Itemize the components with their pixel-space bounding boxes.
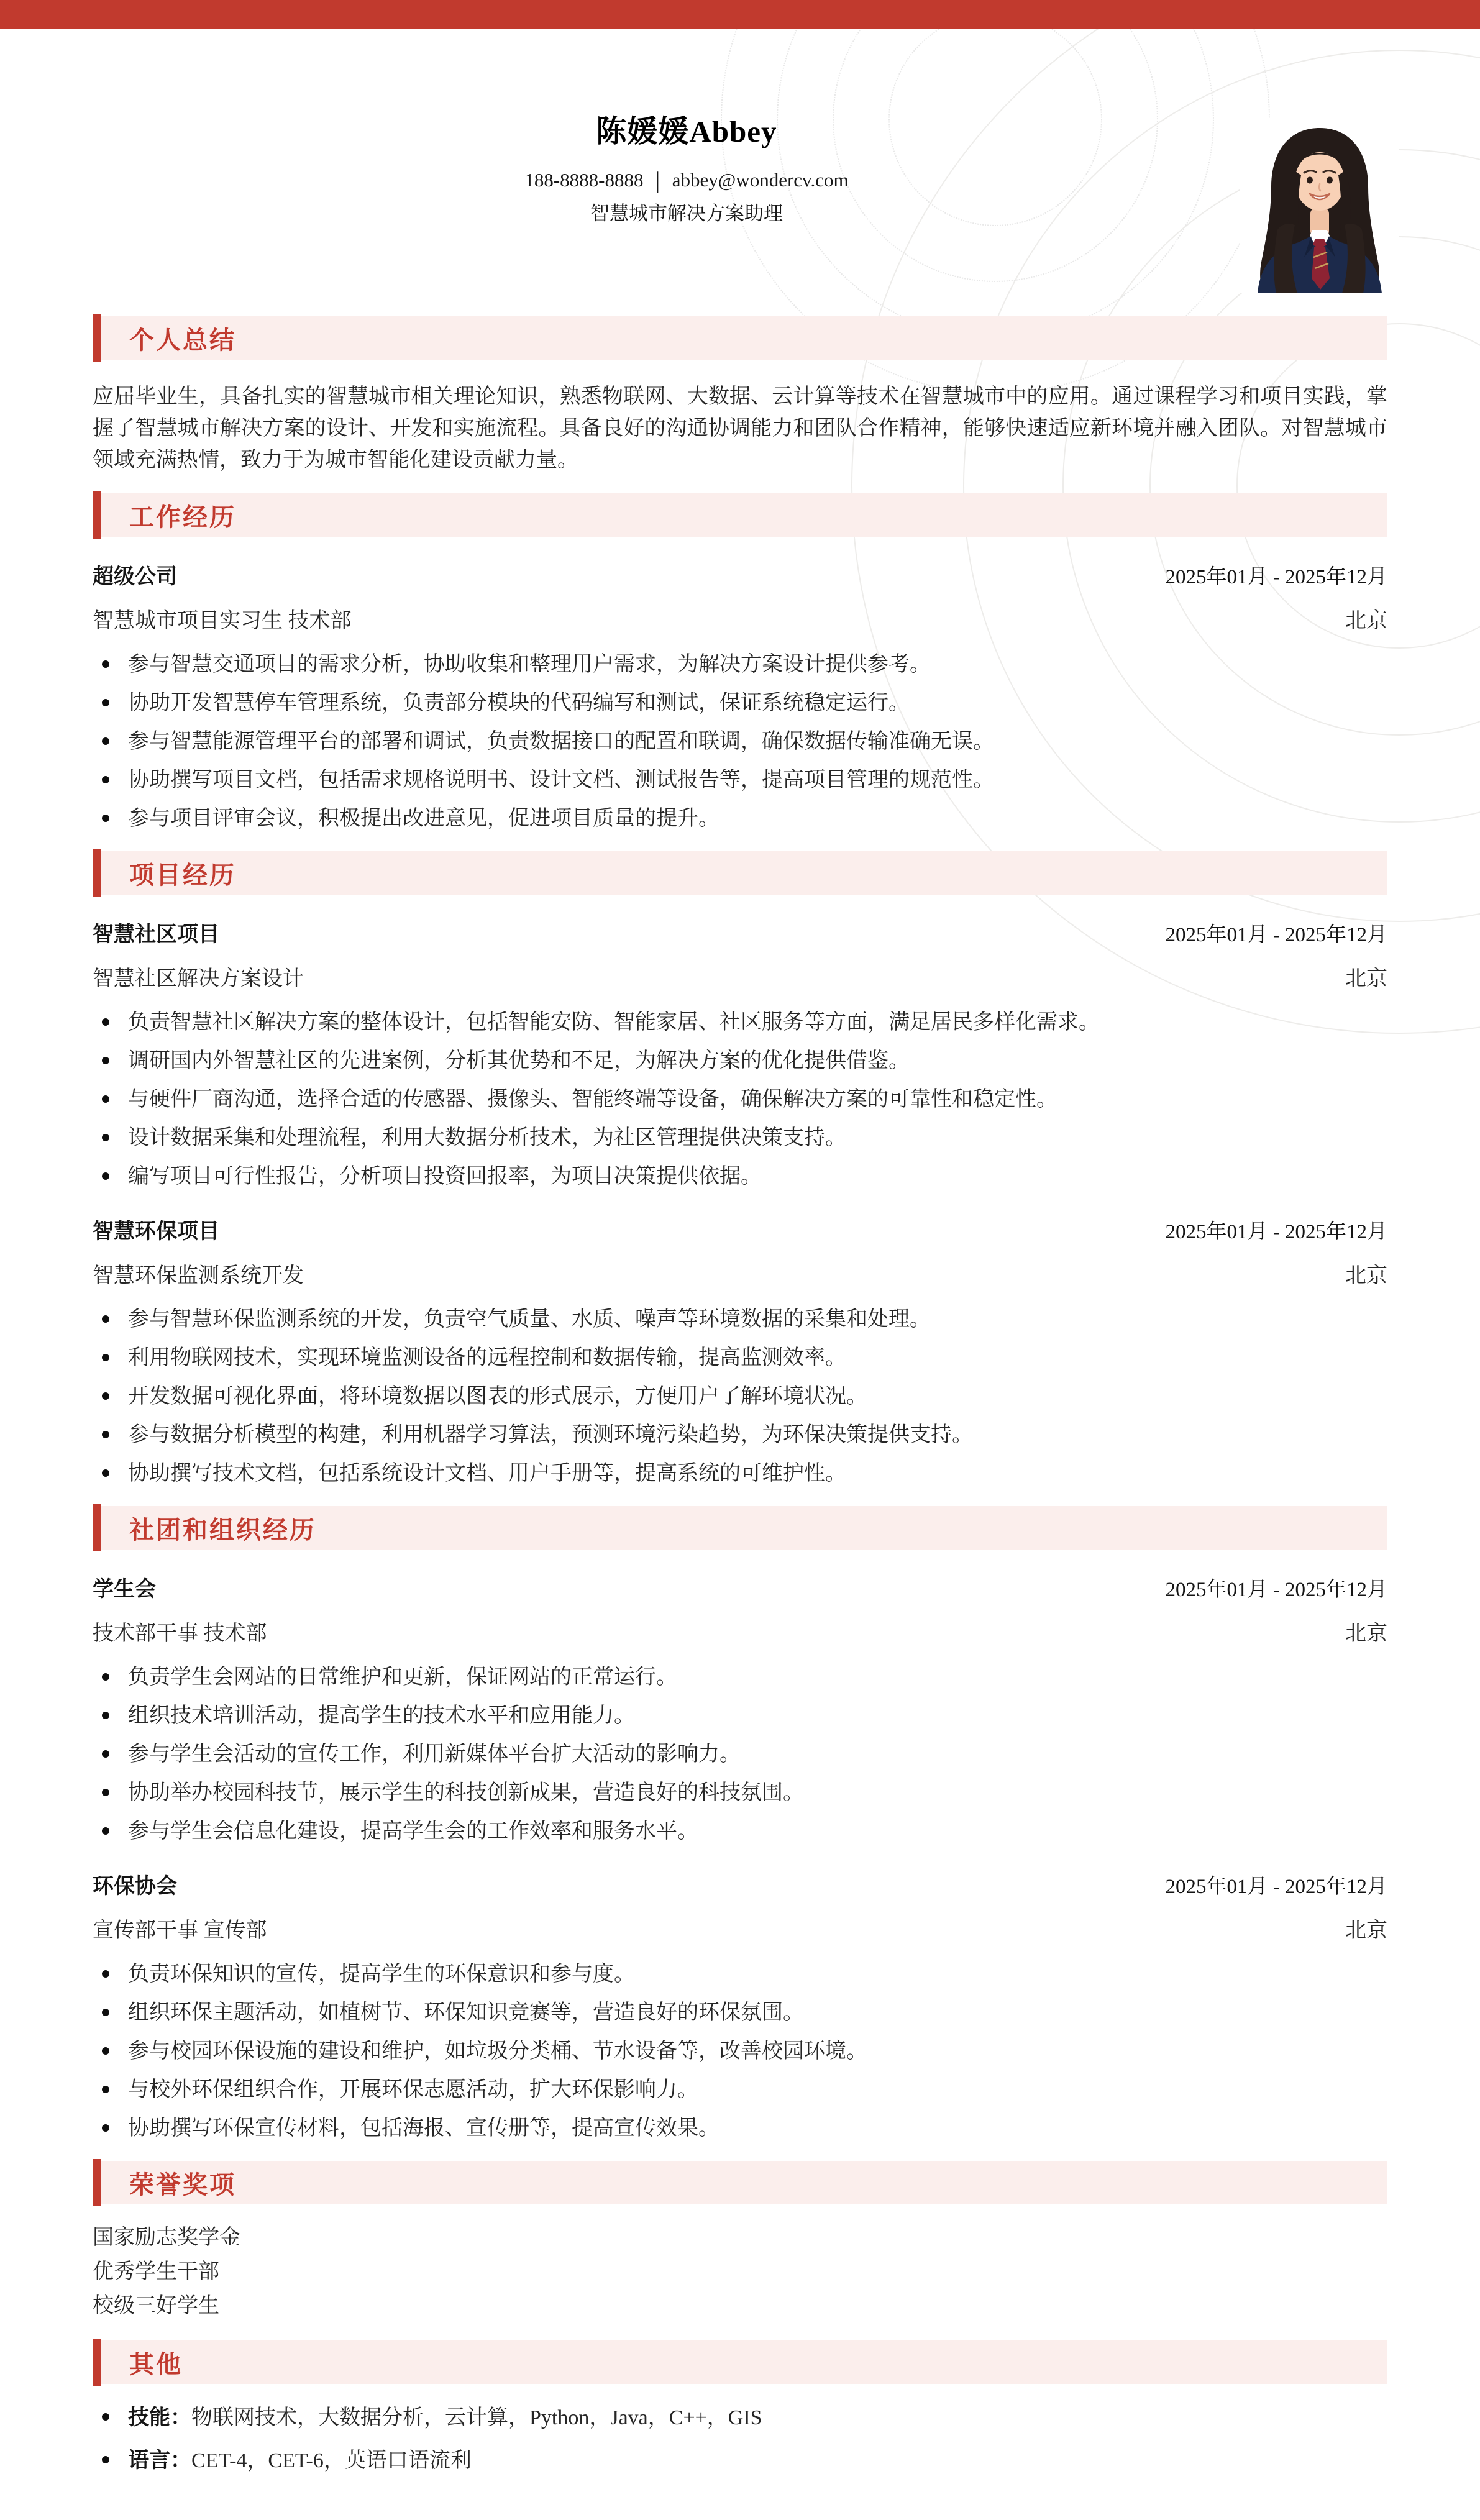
section-title: 个人总结 <box>101 321 236 356</box>
entry-location: 北京 <box>1345 1616 1387 1646</box>
resume-page: 陈媛媛Abbey 188-8888-8888|abbey@wondercv.co… <box>0 0 1480 2520</box>
entry-date: 2025年01月 - 2025年12月 <box>1166 1215 1388 1244</box>
target-position: 智慧城市解决方案助理 <box>0 198 1373 226</box>
bullet-item: 与硬件厂商沟通，选择合适的传感器、摄像头、智能终端等设备，确保解决方案的可靠性和… <box>93 1085 1387 1115</box>
bullet-item: 协助撰写技术文档，包括系统设计文档、用户手册等，提高系统的可维护性。 <box>93 1459 1387 1489</box>
phone-number: 188-8888-8888 <box>524 169 643 191</box>
honor-item: 国家励志奖学金 <box>93 2221 1387 2255</box>
bullet-item: 协助撰写环保宣传材料，包括海报、宣传册等，提高宣传效果。 <box>93 2114 1387 2143</box>
other-list: 技能：物联网技术，大数据分析，云计算，Python，Java，C++，GIS 语… <box>93 2403 1387 2476</box>
bullet-item: 负责学生会网站的日常维护和更新，保证网站的正常运行。 <box>93 1663 1387 1692</box>
section-header: 其他 <box>101 2340 1387 2384</box>
entry-role: 智慧社区解决方案设计 <box>93 961 304 992</box>
bullet-item: 协助举办校园科技节，展示学生的科技创新成果，营造良好的科技氛围。 <box>93 1778 1387 1808</box>
bullet-item: 与校外环保组织合作，开展环保志愿活动，扩大环保影响力。 <box>93 2075 1387 2105</box>
bullet-item: 参与学生会活动的宣传工作，利用新媒体平台扩大活动的影响力。 <box>93 1740 1387 1769</box>
entry-location: 北京 <box>1345 961 1387 992</box>
honors-list: 国家励志奖学金 优秀学生干部 校级三好学生 <box>93 2221 1387 2323</box>
bullet-item: 参与数据分析模型的构建，利用机器学习算法，预测环境污染趋势，为环保决策提供支持。 <box>93 1420 1387 1450</box>
top-accent-bar <box>0 0 1480 29</box>
section-header: 项目经历 <box>101 851 1387 895</box>
section-title: 工作经历 <box>101 498 236 533</box>
bullet-item: 参与智慧环保监测系统的开发，负责空气质量、水质、噪声等环境数据的采集和处理。 <box>93 1305 1387 1335</box>
project-entry: 智慧环保项目 2025年01月 - 2025年12月 智慧环保监测系统开发 北京… <box>93 1214 1387 1489</box>
candidate-name: 陈媛媛Abbey <box>0 112 1373 150</box>
bullet-item: 开发数据可视化界面，将环境数据以图表的形式展示，方便用户了解环境状况。 <box>93 1382 1387 1412</box>
entry-date: 2025年01月 - 2025年12月 <box>1166 1573 1388 1602</box>
entry-org: 环保协会 <box>93 1869 177 1899</box>
bullet-item: 设计数据采集和处理流程，利用大数据分析技术，为社区管理提供决策支持。 <box>93 1123 1387 1153</box>
entry-location: 北京 <box>1345 1913 1387 1943</box>
section-other: 其他 技能：物联网技术，大数据分析，云计算，Python，Java，C++，GI… <box>93 2340 1387 2476</box>
bullet-item: 协助开发智慧停车管理系统，负责部分模块的代码编写和测试，保证系统稳定运行。 <box>93 688 1387 718</box>
section-title: 其他 <box>101 2345 183 2380</box>
entry-org: 超级公司 <box>93 559 177 590</box>
organization-entry: 学生会 2025年01月 - 2025年12月 技术部干事 技术部 北京 负责学… <box>93 1572 1387 1847</box>
section-header: 工作经历 <box>101 493 1387 537</box>
section-header: 个人总结 <box>101 316 1387 360</box>
bullet-item: 协助撰写项目文档，包括需求规格说明书、设计文档、测试报告等，提高项目管理的规范性… <box>93 765 1387 795</box>
summary-paragraph: 应届毕业生，具备扎实的智慧城市相关理论知识，熟悉物联网、大数据、云计算等技术在智… <box>93 381 1387 476</box>
section-honors: 荣誉奖项 国家励志奖学金 优秀学生干部 校级三好学生 <box>93 2161 1387 2323</box>
entry-org: 智慧环保项目 <box>93 1214 219 1244</box>
section-work: 工作经历 超级公司 2025年01月 - 2025年12月 智慧城市项目实习生 … <box>93 493 1387 834</box>
skills-item: 技能：物联网技术，大数据分析，云计算，Python，Java，C++，GIS <box>93 2403 1387 2433</box>
entry-bullets: 参与智慧交通项目的需求分析，协助收集和整理用户需求，为解决方案设计提供参考。 协… <box>93 650 1387 834</box>
profile-photo <box>1240 118 1399 293</box>
bullet-item: 组织技术培训活动，提高学生的技术水平和应用能力。 <box>93 1701 1387 1731</box>
bullet-item: 参与学生会信息化建设，提高学生会的工作效率和服务水平。 <box>93 1817 1387 1847</box>
section-projects: 项目经历 智慧社区项目 2025年01月 - 2025年12月 智慧社区解决方案… <box>93 851 1387 1489</box>
entry-role: 智慧环保监测系统开发 <box>93 1258 304 1289</box>
languages-text: CET-4，CET-6，英语口语流利 <box>191 2449 472 2472</box>
section-title: 荣誉奖项 <box>101 2165 236 2201</box>
bullet-item: 负责智慧社区解决方案的整体设计，包括智能安防、智能家居、社区服务等方面，满足居民… <box>93 1008 1387 1038</box>
entry-org: 学生会 <box>93 1572 156 1602</box>
project-entry: 智慧社区项目 2025年01月 - 2025年12月 智慧社区解决方案设计 北京… <box>93 917 1387 1192</box>
bullet-item: 编写项目可行性报告，分析项目投资回报率，为项目决策提供依据。 <box>93 1162 1387 1192</box>
section-title: 社团和组织经历 <box>101 1510 316 1546</box>
honor-item: 优秀学生干部 <box>93 2255 1387 2289</box>
entry-date: 2025年01月 - 2025年12月 <box>1166 918 1388 947</box>
entry-location: 北京 <box>1345 603 1387 634</box>
bullet-item: 组织环保主题活动，如植树节、环保知识竞赛等，营造良好的环保氛围。 <box>93 1998 1387 2028</box>
bullet-item: 参与智慧交通项目的需求分析，协助收集和整理用户需求，为解决方案设计提供参考。 <box>93 650 1387 680</box>
entry-bullets: 参与智慧环保监测系统的开发，负责空气质量、水质、噪声等环境数据的采集和处理。 利… <box>93 1305 1387 1489</box>
entry-bullets: 负责学生会网站的日常维护和更新，保证网站的正常运行。 组织技术培训活动，提高学生… <box>93 1663 1387 1847</box>
organization-entry: 环保协会 2025年01月 - 2025年12月 宣传部干事 宣传部 北京 负责… <box>93 1869 1387 2143</box>
entry-date: 2025年01月 - 2025年12月 <box>1166 560 1388 590</box>
honor-item: 校级三好学生 <box>93 2289 1387 2323</box>
languages-item: 语言：CET-4，CET-6，英语口语流利 <box>93 2445 1387 2476</box>
contact-separator: | <box>656 167 660 194</box>
work-entry: 超级公司 2025年01月 - 2025年12月 智慧城市项目实习生 技术部 北… <box>93 559 1387 834</box>
section-organizations: 社团和组织经历 学生会 2025年01月 - 2025年12月 技术部干事 技术… <box>93 1506 1387 2143</box>
languages-label: 语言： <box>128 2449 191 2472</box>
profile-photo-illustration <box>1240 118 1399 293</box>
contact-line: 188-8888-8888|abbey@wondercv.com <box>0 169 1373 191</box>
entry-date: 2025年01月 - 2025年12月 <box>1166 1870 1388 1899</box>
section-header: 荣誉奖项 <box>101 2161 1387 2204</box>
entry-role: 技术部干事 技术部 <box>93 1616 267 1646</box>
section-title: 项目经历 <box>101 856 236 891</box>
skills-text: 物联网技术，大数据分析，云计算，Python，Java，C++，GIS <box>191 2406 762 2429</box>
entry-org: 智慧社区项目 <box>93 917 219 947</box>
skills-label: 技能： <box>128 2406 191 2429</box>
bullet-item: 负责环保知识的宣传，提高学生的环保意识和参与度。 <box>93 1960 1387 1989</box>
section-summary: 个人总结 应届毕业生，具备扎实的智慧城市相关理论知识，熟悉物联网、大数据、云计算… <box>93 316 1387 476</box>
entry-role: 智慧城市项目实习生 技术部 <box>93 603 352 634</box>
email-address: abbey@wondercv.com <box>672 169 849 191</box>
entry-bullets: 负责环保知识的宣传，提高学生的环保意识和参与度。 组织环保主题活动，如植树节、环… <box>93 1960 1387 2143</box>
entry-location: 北京 <box>1345 1258 1387 1289</box>
entry-role: 宣传部干事 宣传部 <box>93 1913 267 1943</box>
bullet-item: 参与智慧能源管理平台的部署和调试，负责数据接口的配置和联调，确保数据传输准确无误… <box>93 727 1387 757</box>
bullet-item: 利用物联网技术，实现环境监测设备的远程控制和数据传输，提高监测效率。 <box>93 1343 1387 1373</box>
bullet-item: 参与项目评审会议，积极提出改进意见，促进项目质量的提升。 <box>93 804 1387 834</box>
resume-header: 陈媛媛Abbey 188-8888-8888|abbey@wondercv.co… <box>0 29 1373 226</box>
bullet-item: 调研国内外智慧社区的先进案例，分析其优势和不足，为解决方案的优化提供借鉴。 <box>93 1046 1387 1076</box>
resume-body: 个人总结 应届毕业生，具备扎实的智慧城市相关理论知识，熟悉物联网、大数据、云计算… <box>0 316 1480 2476</box>
bullet-item: 参与校园环保设施的建设和维护，如垃圾分类桶、节水设备等，改善校园环境。 <box>93 2037 1387 2066</box>
entry-bullets: 负责智慧社区解决方案的整体设计，包括智能安防、智能家居、社区服务等方面，满足居民… <box>93 1008 1387 1192</box>
section-header: 社团和组织经历 <box>101 1506 1387 1550</box>
